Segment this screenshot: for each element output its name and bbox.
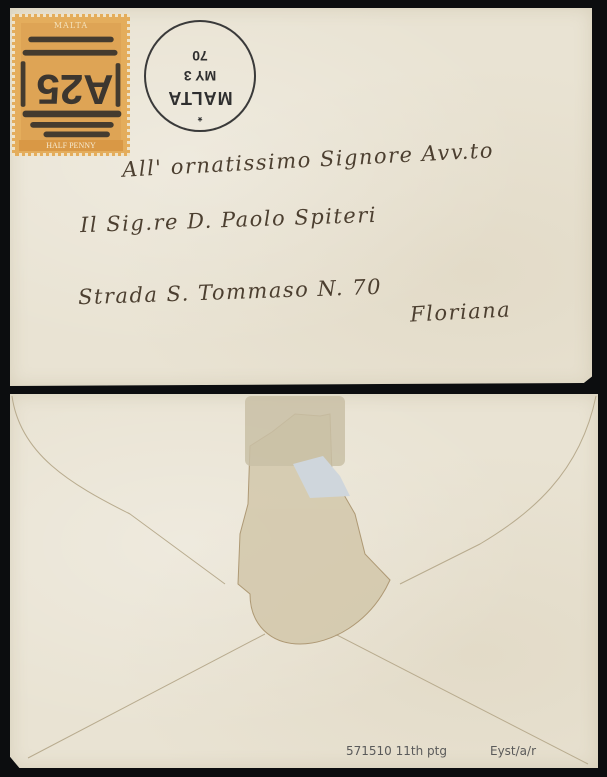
cover-back: 571510 11th ptg Eyst/a/r: [10, 394, 598, 768]
circular-date-stamp: * MALTA MY 3 70: [144, 20, 256, 132]
pencil-note-catalog: 571510 11th ptg: [346, 744, 447, 758]
postmark-year: 70: [146, 48, 254, 64]
address-line-1: All' ornatissimo Signore Avv.to: [122, 138, 495, 181]
cover-front: MALTA A25 HALF PENNY * MALTA MY 3 70 All…: [10, 8, 592, 386]
postage-stamp: MALTA A25 HALF PENNY: [12, 14, 130, 156]
address-line-3: Strada S. Tommaso N. 70: [78, 275, 383, 310]
pencil-note-code: Eyst/a/r: [490, 744, 536, 758]
envelope-flap-lines: [10, 394, 598, 768]
stamp-denomination: HALF PENNY: [19, 140, 123, 151]
postmark-date: MY 3: [146, 68, 254, 84]
address-line-2: Il Sig.re D. Paolo Spiteri: [80, 203, 378, 237]
postmark-star: *: [146, 110, 254, 124]
postmark-town: MALTA: [146, 87, 254, 108]
obliterator-number: A25: [23, 65, 127, 113]
paper-label-remnant: [245, 396, 345, 466]
address-line-4: Floriana: [409, 297, 511, 326]
